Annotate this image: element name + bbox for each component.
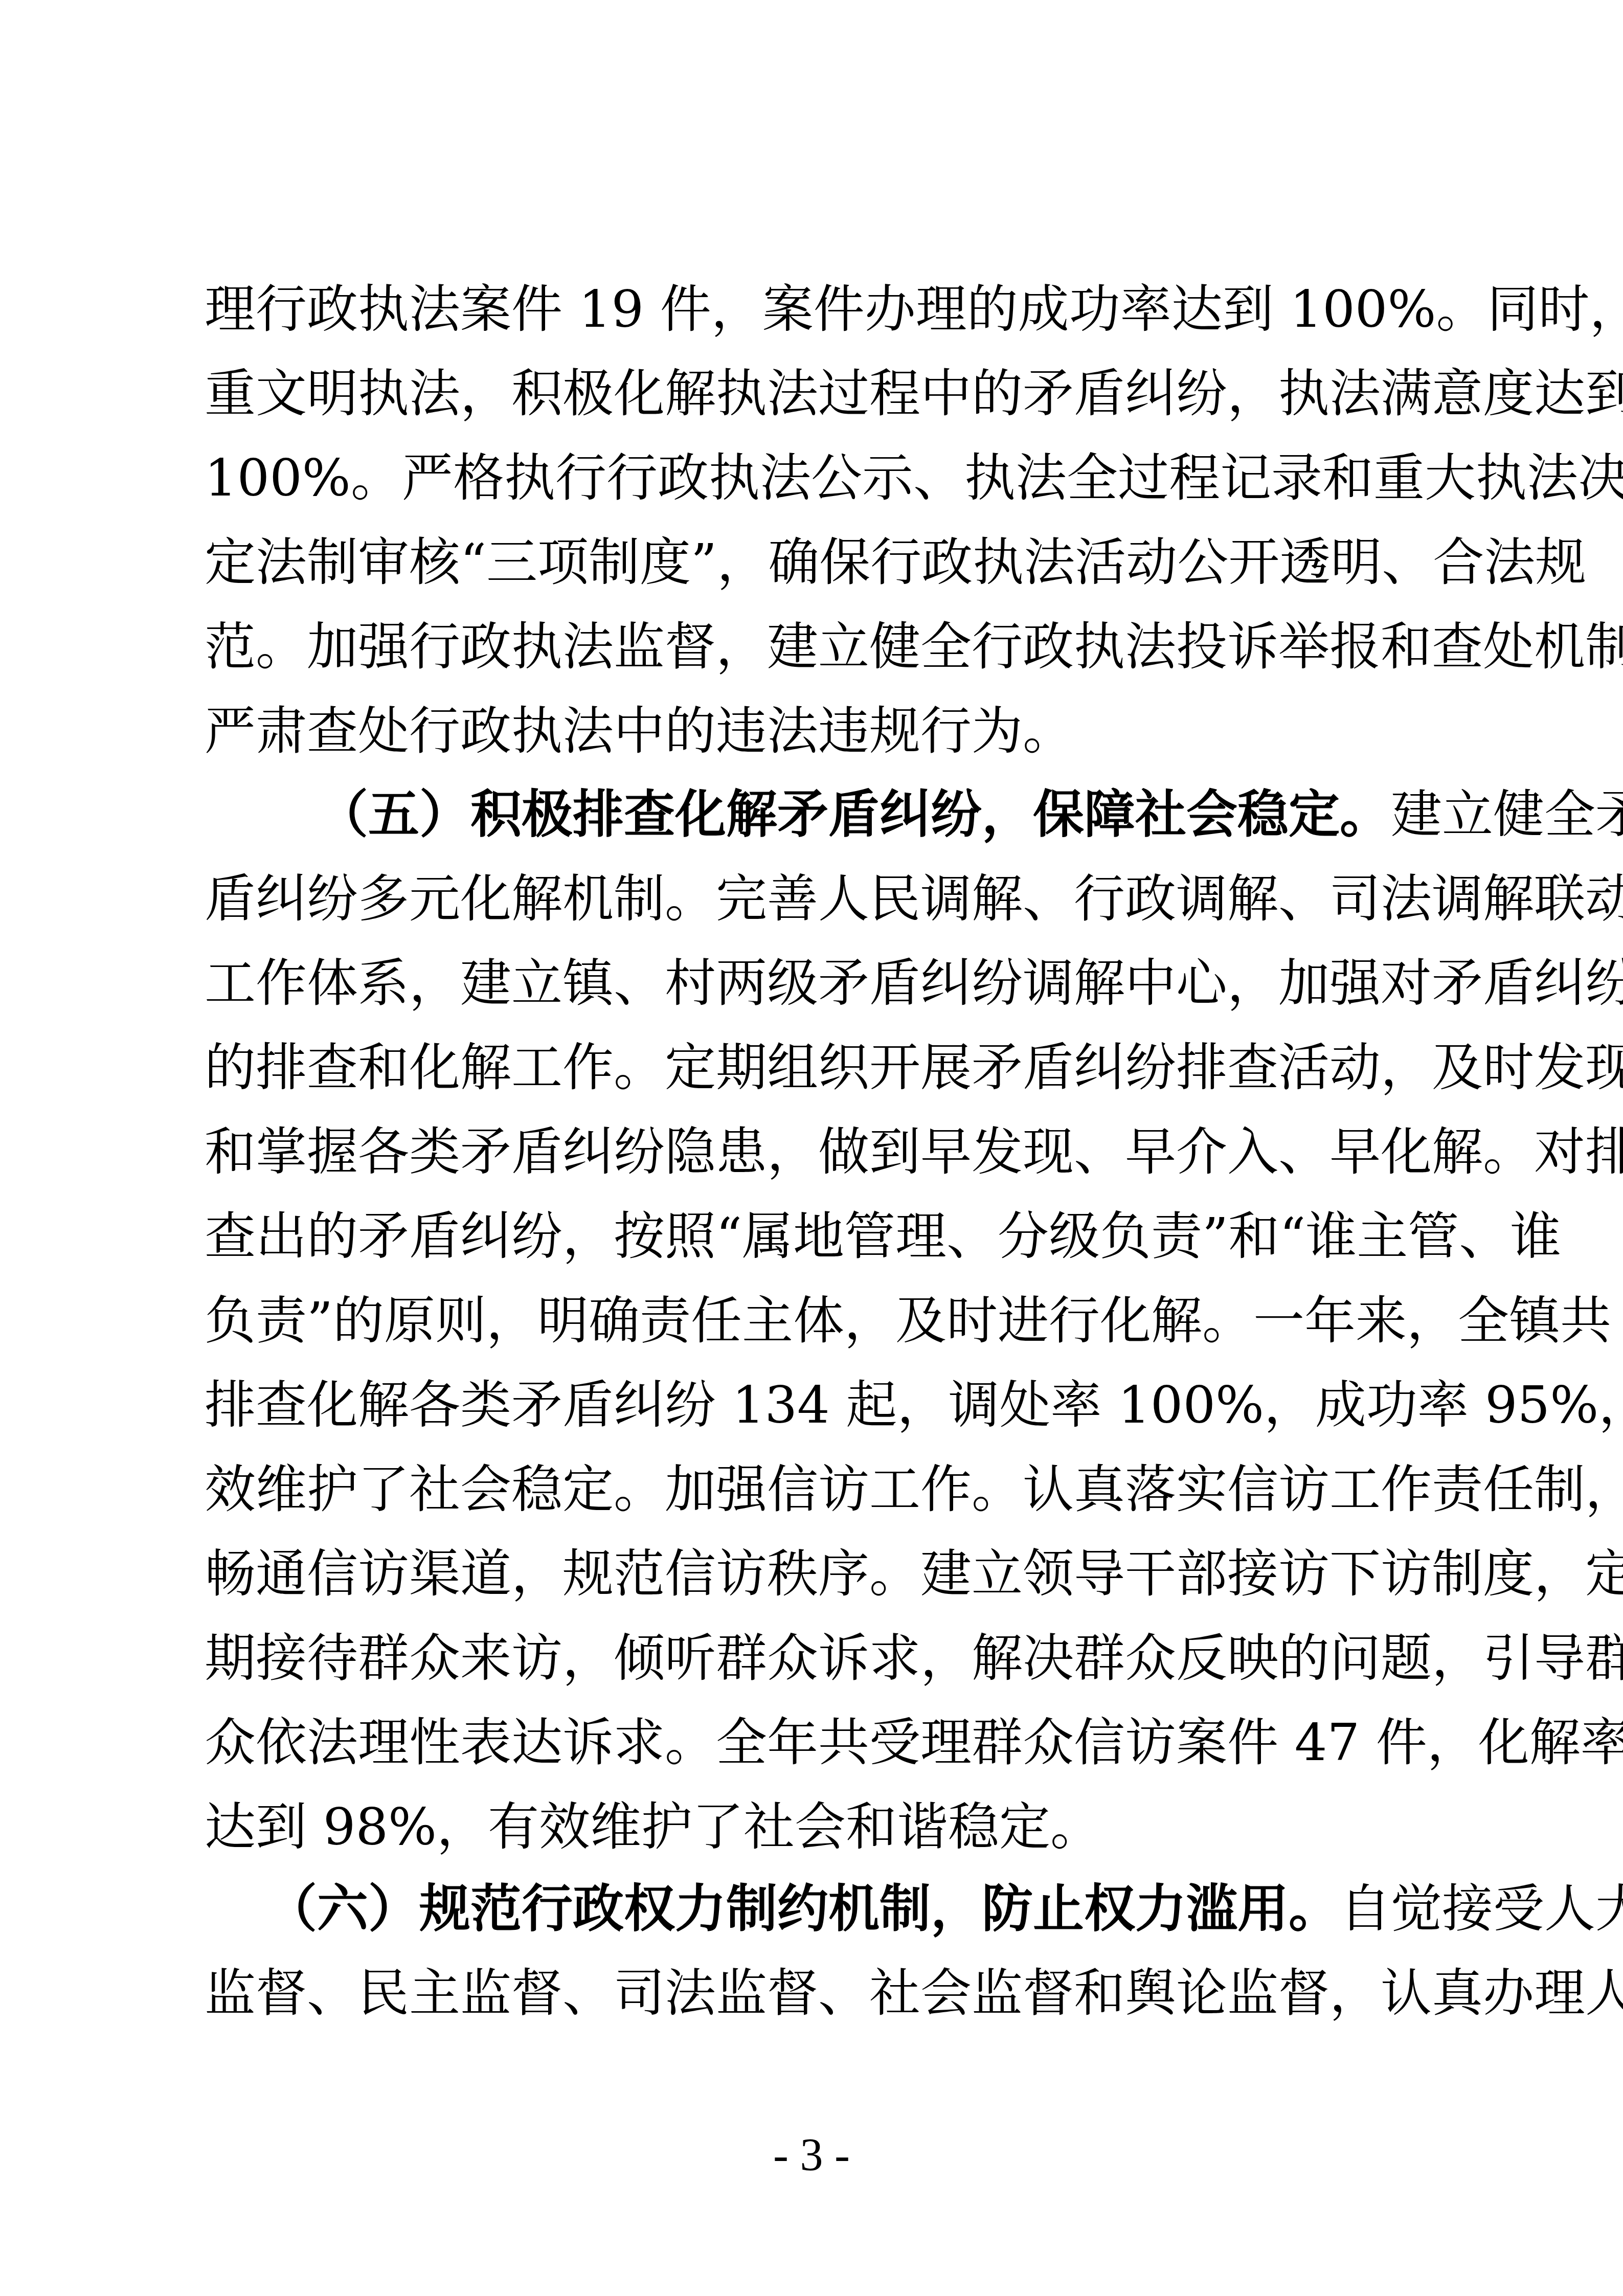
text-line: 达到 98%，有效维护了社会和谐稳定。 [205,1785,1442,1869]
section-5-first-line-rest: 建立健全矛 [1391,784,1623,844]
text-line: 监督、民主监督、司法监督、社会监督和舆论监督，认真办理人 [205,1951,1442,2035]
text-line: 定法制审核“三项制度”，确保行政执法活动公开透明、合法规 [205,520,1442,604]
text-line: 查出的矛盾纠纷，按照“属地管理、分级负责”和“谁主管、谁 [205,1194,1442,1278]
section-6-heading: （六）规范行政权力制约机制，防止权力滥用。 [266,1879,1340,1939]
text-line: 的排查和化解工作。定期组织开展矛盾纠纷排查活动，及时发现 [205,1025,1442,1110]
text-line: 理行政执法案件 19 件，案件办理的成功率达到 100%。同时，注 [205,267,1442,351]
text-line: 重文明执法，积极化解执法过程中的矛盾纠纷，执法满意度达到 [205,351,1442,436]
text-line: 众依法理性表达诉求。全年共受理群众信访案件 47 件，化解率 [205,1700,1442,1785]
section-6-first-line-rest: 自觉接受人大 [1340,1879,1623,1939]
text-line: 严肃查处行政执法中的违法违规行为。 [205,689,1442,773]
text-line: 和掌握各类矛盾纠纷隐患，做到早发现、早介入、早化解。对排 [205,1110,1442,1194]
text-line: 排查化解各类矛盾纠纷 134 起，调处率 100%，成功率 95%，有 [205,1363,1442,1447]
text-line: 期接待群众来访，倾听群众诉求，解决群众反映的问题，引导群 [205,1616,1442,1700]
text-line: 畅通信访渠道，规范信访秩序。建立领导干部接访下访制度，定 [205,1532,1442,1616]
section-6-first-line: （六）规范行政权力制约机制，防止权力滥用。自觉接受人大 [266,1866,1442,1951]
page-number: - 3 - [0,2127,1623,2184]
text-line: 100%。严格执行行政执法公示、执法全过程记录和重大执法决 [205,436,1442,520]
text-line: 范。加强行政执法监督，建立健全行政执法投诉举报和查处机制， [205,604,1442,689]
text-line: 负责”的原则，明确责任主体，及时进行化解。一年来，全镇共 [205,1278,1442,1363]
text-line: 工作体系，建立镇、村两级矛盾纠纷调解中心，加强对矛盾纠纷 [205,941,1442,1025]
section-5-heading: （五）积极排查化解矛盾纠纷，保障社会稳定。 [317,784,1391,844]
document-page: 理行政执法案件 19 件，案件办理的成功率达到 100%。同时，注 重文明执法，… [0,0,1623,2296]
section-5-first-line: （五）积极排查化解矛盾纠纷，保障社会稳定。建立健全矛 [317,772,1442,857]
text-line: 盾纠纷多元化解机制。完善人民调解、行政调解、司法调解联动 [205,857,1442,941]
text-line: 效维护了社会稳定。加强信访工作。认真落实信访工作责任制， [205,1447,1442,1532]
